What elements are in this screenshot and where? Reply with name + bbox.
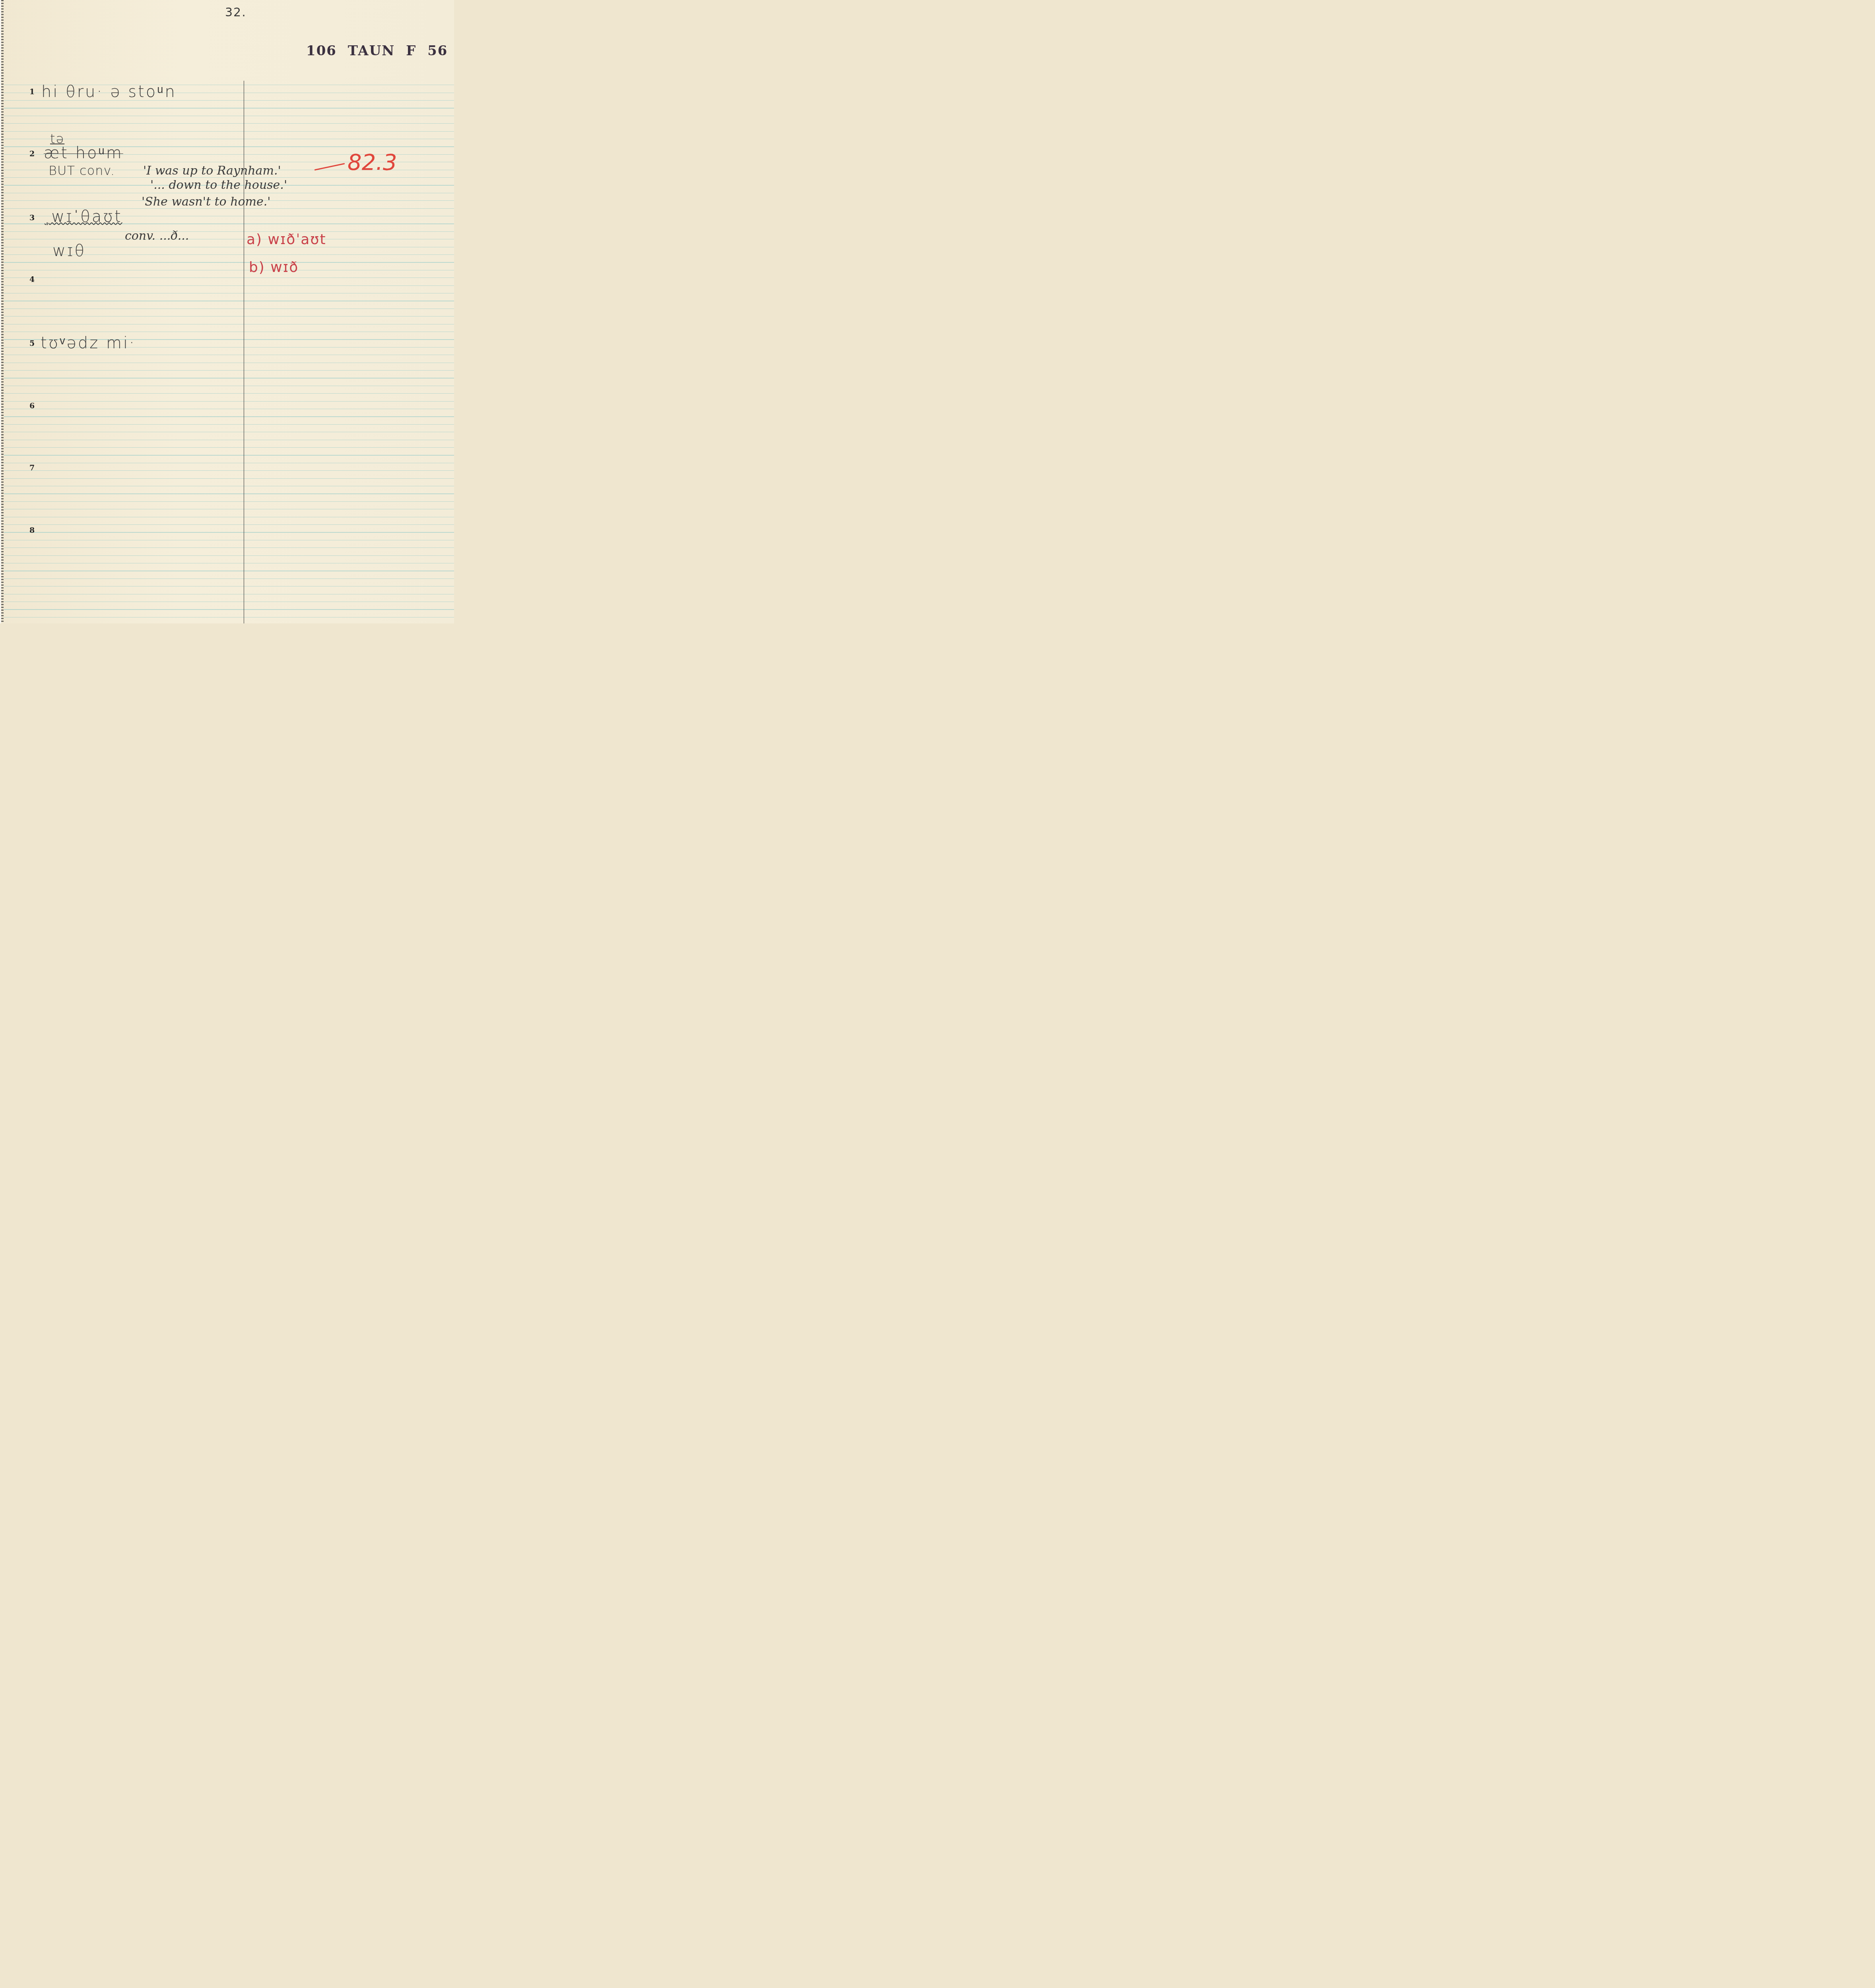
line-number-7: 7 xyxy=(29,464,35,472)
item2-quote-1: 'I was up to Raynham.' xyxy=(143,164,281,178)
header-code: 106 TAUN F 56 xyxy=(306,43,448,59)
page-number: 32. xyxy=(225,6,247,19)
item3-transcription-a-text: ˌwɪˈθaʊt xyxy=(45,208,122,226)
item2-transcription-text: æt hoᵘm xyxy=(44,144,123,162)
item1-transcription: hi θru· ə stoᵘn xyxy=(41,83,177,101)
item2-quote-2: '... down to the house.' xyxy=(150,178,287,192)
page-edge xyxy=(0,0,1,623)
item2-quote-3: 'She wasn't to home.' xyxy=(142,195,271,209)
item3-alternate-b: b) wɪð xyxy=(249,259,299,276)
item2-note-prefix: BUT conv. xyxy=(49,163,115,178)
item3-note: conv. ...ð... xyxy=(125,229,189,243)
line-number-2: 2 xyxy=(29,149,35,158)
item2-transcription: æt hoᵘm xyxy=(44,144,123,162)
item2-score: 82.3 xyxy=(347,149,397,175)
line-number-6: 6 xyxy=(29,402,35,410)
line-number-3: 3 xyxy=(29,214,35,222)
line-number-1: 1 xyxy=(29,87,35,96)
line-number-8: 8 xyxy=(29,526,35,535)
column-divider xyxy=(244,81,244,623)
field-notes-page: 32. 106 TAUN F 56 1 2 3 4 5 6 7 8 hi θru… xyxy=(0,0,454,623)
line-number-4: 4 xyxy=(29,275,35,284)
item3-transcription-a: ˌwɪˈθaʊt xyxy=(45,208,122,226)
item3-alternate-a: a) wɪðˈaʊt xyxy=(247,231,326,248)
item3-transcription-b: wɪθ xyxy=(52,242,86,260)
item5-transcription: tʊᵛədz mi· xyxy=(41,334,136,352)
line-number-5: 5 xyxy=(29,339,35,348)
